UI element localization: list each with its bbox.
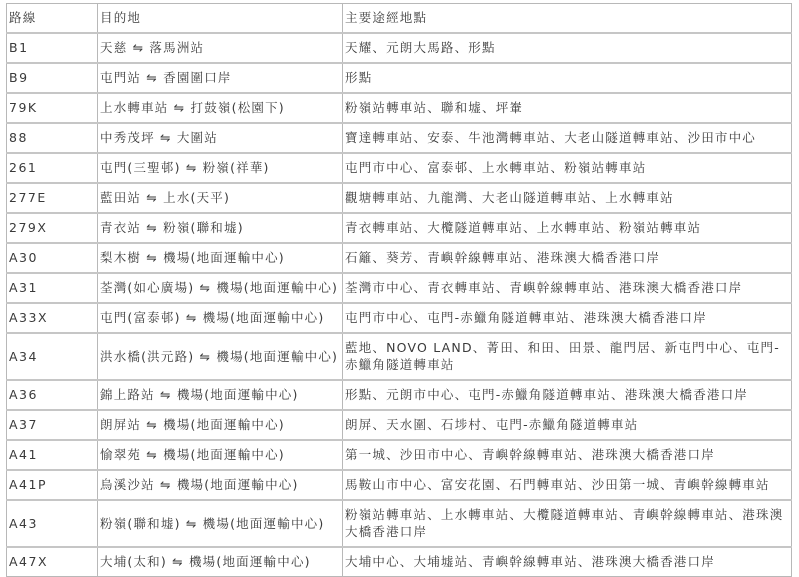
route-via: 荃灣市中心、青衣轉車站、青嶼幹線轉車站、港珠澳大橋香港口岸 xyxy=(343,273,792,303)
route-number: A43 xyxy=(7,500,98,543)
route-number: A31 xyxy=(7,273,98,303)
route-via: 形點、元朗市中心、屯門-赤鱲角隧道轉車站、港珠澳大橋香港口岸 xyxy=(343,380,792,410)
route-destination: 中秀茂坪 ⇋ 大圍站 xyxy=(98,123,343,153)
table-row: A31 荃灣(如心廣場) ⇋ 機場(地面運輸中心) 荃灣市中心、青衣轉車站、青嶼… xyxy=(7,273,792,303)
table-row: A36 錦上路站 ⇋ 機場(地面運輸中心) 形點、元朗市中心、屯門-赤鱲角隧道轉… xyxy=(7,380,792,410)
route-destination: 愉翠苑 ⇋ 機場(地面運輸中心) xyxy=(98,440,343,470)
route-via: 屯門市中心、屯門-赤鱲角隧道轉車站、港珠澳大橋香港口岸 xyxy=(343,303,792,333)
table-row: A41P 烏溪沙站 ⇋ 機場(地面運輸中心) 馬鞍山市中心、富安花園、石門轉車站… xyxy=(7,470,792,500)
table-row: 88 中秀茂坪 ⇋ 大圍站 寶達轉車站、安泰、牛池灣轉車站、大老山隧道轉車站、沙… xyxy=(7,123,792,153)
route-destination: 荃灣(如心廣場) ⇋ 機場(地面運輸中心) xyxy=(98,273,343,303)
table-row: 279X 青衣站 ⇋ 粉嶺(聯和墟) 青衣轉車站、大欖隧道轉車站、上水轉車站、粉… xyxy=(7,213,792,243)
route-via: 觀塘轉車站、九龍灣、大老山隧道轉車站、上水轉車站 xyxy=(343,183,792,213)
route-destination: 梨木樹 ⇋ 機場(地面運輸中心) xyxy=(98,243,343,273)
route-via: 第一城、沙田市中心、青嶼幹線轉車站、港珠澳大橋香港口岸 xyxy=(343,440,792,470)
route-destination: 屯門(富泰邨) ⇋ 機場(地面運輸中心) xyxy=(98,303,343,333)
table-row: A34 洪水橋(洪元路) ⇋ 機場(地面運輸中心) 藍地、NOVO LAND、菁… xyxy=(7,333,792,380)
table-row: B9 屯門站 ⇋ 香園圍口岸 形點 xyxy=(7,63,792,93)
route-via: 朗屏、天水圍、石埗村、屯門-赤鱲角隧道轉車站 xyxy=(343,410,792,440)
route-via: 寶達轉車站、安泰、牛池灣轉車站、大老山隧道轉車站、沙田市中心 xyxy=(343,123,792,153)
route-destination: 青衣站 ⇋ 粉嶺(聯和墟) xyxy=(98,213,343,243)
route-destination: 烏溪沙站 ⇋ 機場(地面運輸中心) xyxy=(98,470,343,500)
table-row: A41 愉翠苑 ⇋ 機場(地面運輸中心) 第一城、沙田市中心、青嶼幹線轉車站、港… xyxy=(7,440,792,470)
table-row: B1 天慈 ⇋ 落馬洲站 天耀、元朗大馬路、形點 xyxy=(7,33,792,63)
route-via: 粉嶺站轉車站、聯和墟、坪輋 xyxy=(343,93,792,123)
route-via: 天耀、元朗大馬路、形點 xyxy=(343,33,792,63)
route-number: 79K xyxy=(7,93,98,123)
route-destination: 天慈 ⇋ 落馬洲站 xyxy=(98,33,343,63)
table-row: 261 屯門(三聖邨) ⇋ 粉嶺(祥華) 屯門市中心、富泰邨、上水轉車站、粉嶺站… xyxy=(7,153,792,183)
table-row: A37 朗屏站 ⇋ 機場(地面運輸中心) 朗屏、天水圍、石埗村、屯門-赤鱲角隧道… xyxy=(7,410,792,440)
route-destination: 上水轉車站 ⇋ 打鼓嶺(松園下) xyxy=(98,93,343,123)
route-number: A30 xyxy=(7,243,98,273)
route-destination: 洪水橋(洪元路) ⇋ 機場(地面運輸中心) xyxy=(98,333,343,380)
route-via: 屯門市中心、富泰邨、上水轉車站、粉嶺站轉車站 xyxy=(343,153,792,183)
route-number: A41 xyxy=(7,440,98,470)
table-row: 79K 上水轉車站 ⇋ 打鼓嶺(松園下) 粉嶺站轉車站、聯和墟、坪輋 xyxy=(7,93,792,123)
route-via: 形點 xyxy=(343,63,792,93)
route-destination: 錦上路站 ⇋ 機場(地面運輸中心) xyxy=(98,380,343,410)
bus-route-table: 路線 目的地 主要途經地點 B1 天慈 ⇋ 落馬洲站 天耀、元朗大馬路、形點 B… xyxy=(6,3,792,543)
route-number: A34 xyxy=(7,333,98,380)
route-destination: 藍田站 ⇋ 上水(天平) xyxy=(98,183,343,213)
route-number: A41P xyxy=(7,470,98,500)
route-destination: 屯門(三聖邨) ⇋ 粉嶺(祥華) xyxy=(98,153,343,183)
route-number: A33X xyxy=(7,303,98,333)
route-via: 藍地、NOVO LAND、菁田、和田、田景、龍門居、新屯門中心、屯門-赤鱲角隧道… xyxy=(343,333,792,380)
route-number: B1 xyxy=(7,33,98,63)
route-number: 279X xyxy=(7,213,98,243)
route-destination: 朗屏站 ⇋ 機場(地面運輸中心) xyxy=(98,410,343,440)
route-via: 馬鞍山市中心、富安花園、石門轉車站、沙田第一城、青嶼幹線轉車站 xyxy=(343,470,792,500)
route-destination: 屯門站 ⇋ 香園圍口岸 xyxy=(98,63,343,93)
header-route: 路線 xyxy=(7,4,98,34)
header-destination: 目的地 xyxy=(98,4,343,34)
route-number: 88 xyxy=(7,123,98,153)
route-via: 石籬、葵芳、青嶼幹線轉車站、港珠澳大橋香港口岸 xyxy=(343,243,792,273)
route-via: 粉嶺站轉車站、上水轉車站、大欖隧道轉車站、青嶼幹線轉車站、港珠澳大橋香港口岸 xyxy=(343,500,792,543)
route-number: 277E xyxy=(7,183,98,213)
table-row: 277E 藍田站 ⇋ 上水(天平) 觀塘轉車站、九龍灣、大老山隧道轉車站、上水轉… xyxy=(7,183,792,213)
route-via: 青衣轉車站、大欖隧道轉車站、上水轉車站、粉嶺站轉車站 xyxy=(343,213,792,243)
route-number: A36 xyxy=(7,380,98,410)
route-table-container: 路線 目的地 主要途經地點 B1 天慈 ⇋ 落馬洲站 天耀、元朗大馬路、形點 B… xyxy=(6,3,792,543)
header-via: 主要途經地點 xyxy=(343,4,792,34)
route-number: B9 xyxy=(7,63,98,93)
route-number: 261 xyxy=(7,153,98,183)
table-row: A30 梨木樹 ⇋ 機場(地面運輸中心) 石籬、葵芳、青嶼幹線轉車站、港珠澳大橋… xyxy=(7,243,792,273)
table-row: A33X 屯門(富泰邨) ⇋ 機場(地面運輸中心) 屯門市中心、屯門-赤鱲角隧道… xyxy=(7,303,792,333)
route-number: A37 xyxy=(7,410,98,440)
table-row: A43 粉嶺(聯和墟) ⇋ 機場(地面運輸中心) 粉嶺站轉車站、上水轉車站、大欖… xyxy=(7,500,792,543)
route-destination: 粉嶺(聯和墟) ⇋ 機場(地面運輸中心) xyxy=(98,500,343,543)
table-header-row: 路線 目的地 主要途經地點 xyxy=(7,4,792,34)
